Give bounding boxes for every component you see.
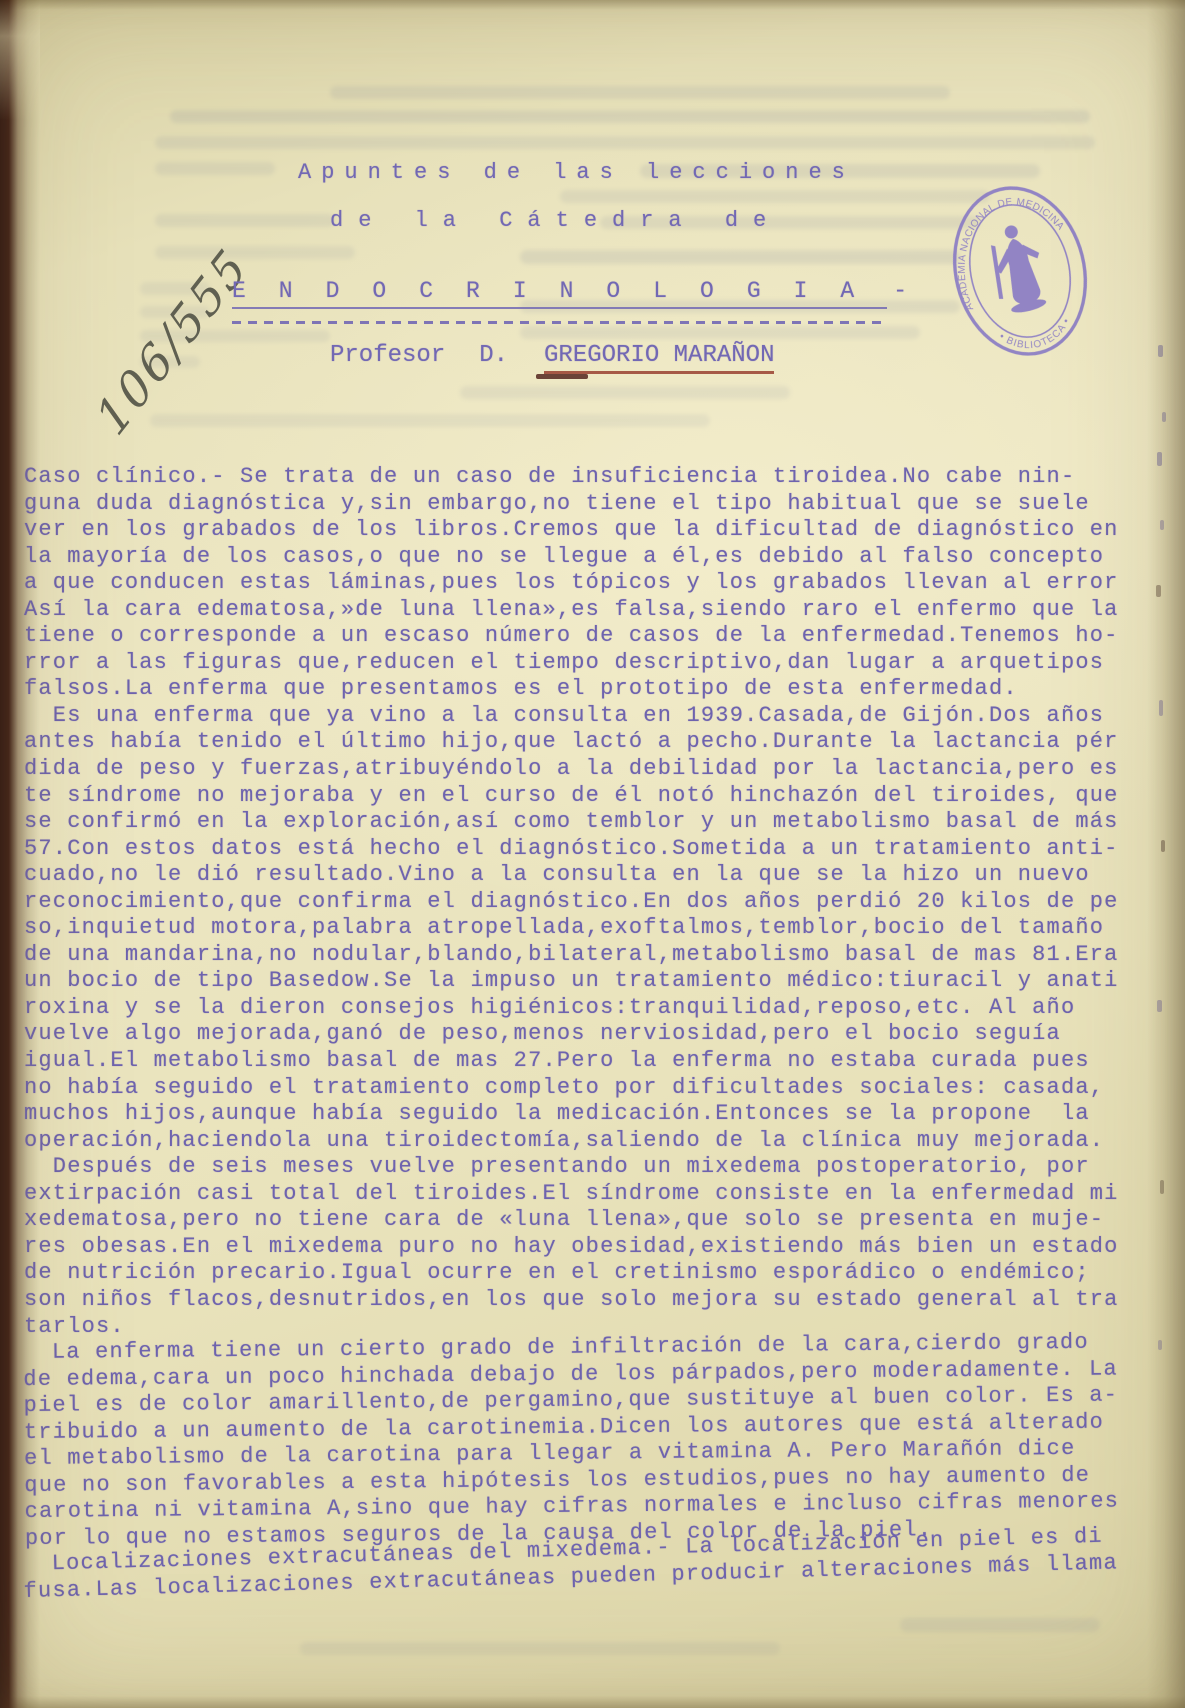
document-page: 106/555 Apuntes de las lecciones de la C… [0, 0, 1185, 1708]
bleedthrough-ghost [155, 136, 1095, 149]
paragraph: Es una enferma que ya vino a la consulta… [24, 703, 1166, 1154]
typed-line: a que conducen estas láminas,pues los tó… [24, 570, 1166, 597]
library-stamp: ACADEMIA NACIONAL DE MEDICINA • BIBLIOTE… [930, 166, 1110, 376]
subject-dashed-underline [232, 321, 884, 324]
typed-line: antes había tenido el último hijo,que la… [24, 729, 1166, 756]
typed-line: operación,haciendola una tiroidectomía,s… [24, 1128, 1166, 1155]
typed-line: 57.Con estos datos está hecho el diagnós… [24, 836, 1166, 863]
typed-line: cuado,no le dió resultado.Vino a la cons… [24, 862, 1166, 889]
professor-underline-blob [536, 374, 588, 379]
bleedthrough-ghost [330, 86, 950, 99]
typed-line: de nutrición precario.Igual ocurre en el… [24, 1260, 1166, 1287]
typed-line: ver en los grabados de los libros.Cremos… [24, 517, 1166, 544]
bleedthrough-ghost [150, 414, 710, 427]
typed-line: de una mandarina,no nodular,blando,bilat… [24, 942, 1166, 969]
typed-line: res obesas.En el mixedema puro no hay ob… [24, 1234, 1166, 1261]
typed-line: xedematosa,pero no tiene cara de «luna l… [24, 1207, 1166, 1234]
bleedthrough-ghost [460, 386, 790, 399]
typed-line: guna duda diagnóstica y,sin embargo,no t… [24, 491, 1166, 518]
typed-line: extirpación casi total del tiroides.El s… [24, 1181, 1166, 1208]
typed-line: Caso clínico.- Se trata de un caso de in… [24, 464, 1166, 491]
title-line-1: Apuntes de las lecciones [298, 160, 855, 185]
page-top-edge [0, 0, 1185, 10]
stamp-figure-icon [983, 220, 1053, 317]
typed-line: tiene o corresponde a un escaso número d… [24, 623, 1166, 650]
bleedthrough-ghost [520, 250, 960, 264]
bleedthrough-ghost [520, 326, 920, 339]
page-bottom-edge [0, 1696, 1185, 1708]
typed-line: muchos hijos,aunque había seguido la med… [24, 1101, 1166, 1128]
professor-line: ProfesorD.GREGORIO MARAÑON [330, 342, 774, 369]
typed-line: Es una enferma que ya vino a la consulta… [24, 703, 1166, 730]
typed-line: se confirmó en la exploración,así como t… [24, 809, 1166, 836]
paragraph: Caso clínico.- Se trata de un caso de in… [24, 464, 1166, 703]
typed-line: reconocimiento,que confirma el diagnósti… [24, 889, 1166, 916]
typed-line: so,inquietud motora,palabra atropellada,… [24, 915, 1166, 942]
professor-label: Profesor [330, 342, 445, 369]
bleedthrough-ghost [900, 1618, 1100, 1632]
book-gutter-soft [0, 0, 40, 120]
bleedthrough-ghost [155, 162, 275, 175]
typed-line: roxina y se la dieron consejos higiénico… [24, 995, 1166, 1022]
typed-line: Después de seis meses vuelve presentando… [24, 1154, 1166, 1181]
typed-line: dida de peso y fuerzas,atribuyéndolo a l… [24, 756, 1166, 783]
bleedthrough-ghost [155, 246, 355, 259]
paragraph: Después de seis meses vuelve presentando… [24, 1154, 1166, 1340]
typed-line: rror a las figuras que,reducen el tiempo… [24, 650, 1166, 677]
typed-line: falsos.La enferma que presentamos es el … [24, 676, 1166, 703]
typed-line: Así la cara edematosa,»de luna llena»,es… [24, 597, 1166, 624]
subject-title-text: ENDOCRINOLOGIA [232, 278, 887, 309]
bleedthrough-ghost [560, 190, 990, 203]
title-line-2: de la Cátedra de [330, 208, 781, 233]
bleedthrough-ghost [155, 214, 335, 227]
paragraph: La enferma tiene un cierto grado de infi… [23, 1329, 1167, 1552]
typed-line: son niños flacos,desnutridos,en los que … [24, 1287, 1166, 1314]
professor-name: GREGORIO MARAÑON [544, 342, 774, 374]
typed-line: no había seguido el tratamiento completo… [24, 1075, 1166, 1102]
bleedthrough-ghost [170, 110, 1090, 123]
page-edge-mark [1162, 412, 1166, 422]
subject-title-suffix: - [893, 278, 907, 304]
typed-line: la mayoría de los casos,o que no se lleg… [24, 544, 1166, 571]
typed-line: te síndrome no mejoraba y en el curso de… [24, 783, 1166, 810]
typed-line: igual.El metabolismo basal de mas 27.Per… [24, 1048, 1166, 1075]
subject-title: ENDOCRINOLOGIA- [232, 278, 907, 304]
professor-honorific: D. [479, 342, 508, 369]
typed-line: vuelve algo mejorada,ganó de peso,menos … [24, 1021, 1166, 1048]
bleedthrough-ghost [300, 1642, 780, 1655]
typed-line: un bocio de tipo Basedow.Se la impuso un… [24, 968, 1166, 995]
typed-body: Caso clínico.- Se trata de un caso de in… [24, 464, 1166, 1606]
page-edge-mark [1158, 345, 1163, 357]
